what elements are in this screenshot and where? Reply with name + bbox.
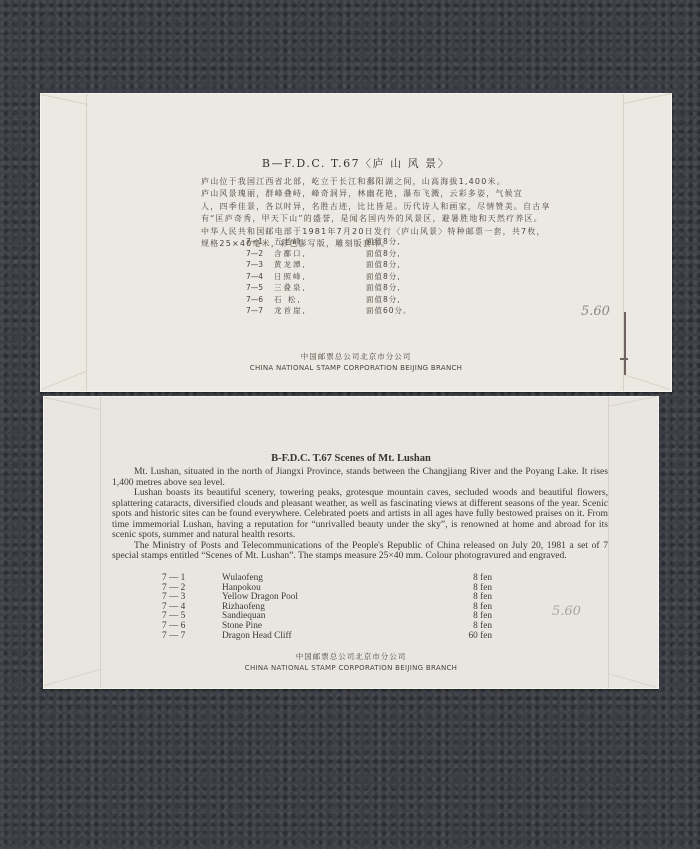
stamp-row: 7—7龙首崖,面值60分。 [246,305,446,317]
stamp-name: 日照峰, [274,271,366,283]
stamp-row: 7—4日照峰,面值8分, [246,271,446,283]
issuer-name-cn: 中国邮票总公司北京市分公司 [41,351,671,362]
flap-crease [41,371,86,390]
description-line: 有“匡庐奇秀，甲天下山”的盛誉，是闻名国内外的风景区，避暑胜地和天然疗养区。 [201,213,569,225]
pencil-mark [624,312,626,375]
flap-crease [624,93,671,104]
stamp-name: 黄龙潭, [274,259,366,271]
stamp-code: 7—2 [246,248,274,260]
description-line: 庐山风景瑰丽，群峰叠峙，峰奇洞异，林幽花艳，瀑布飞溅，云彩多姿，气候宜 [201,188,569,200]
stamp-row: 7—6石 松,面值8分, [246,294,446,306]
stamp-list-en: 7 — 1Wulaofeng8 fen 7 — 2Hanpokou8 fen 7… [162,574,492,641]
stamp-row: 7—2含鄱口,面值8分, [246,248,446,260]
stamp-code: 7—5 [246,282,274,294]
flap-crease [44,397,101,410]
description-paragraph: Lushan boasts its beautiful scenery, tow… [112,488,608,541]
issuer-name-cn: 中国邮票总公司北京市分公司 [44,651,658,662]
stamp-code: 7—3 [246,259,274,271]
description-line: 庐山位于我国江西省北部，屹立于长江和鄱阳湖之间，山高海拔1,400米。 [201,176,569,188]
description-paragraph: The Ministry of Posts and Telecommunicat… [112,541,608,562]
description-line: 人，四季佳景，各以时异，名胜古迹，比比皆是。历代诗人和画家，尽情赞美。自古享 [201,201,569,213]
cover-title-cn: B—F.D.C. T.67〈庐 山 风 景〉 [41,155,671,171]
stamp-value: 面值8分, [366,248,401,260]
stamp-row: 7 — 5Sandiequan8 fen [162,612,492,622]
issuer-name-en: CHINA NATIONAL STAMP CORPORATION BEIJING… [41,364,671,372]
stamp-value: 面值60分。 [366,305,412,317]
left-flap-fold [100,397,101,688]
stamp-code: 7 — 7 [162,632,222,642]
flap-crease [624,374,670,390]
envelope-english: B-F.D.C. T.67 Scenes of Mt. Lushan Mt. L… [43,396,659,689]
stamp-row: 7—5三叠泉,面值8分, [246,282,446,294]
stamp-row: 7—3黄龙潭,面值8分, [246,259,446,271]
stamp-value: 面值8分, [366,271,401,283]
issuer-name-en: CHINA NATIONAL STAMP CORPORATION BEIJING… [44,664,658,672]
stamp-code: 7—4 [246,271,274,283]
stamp-row: 7—1五老峰,面值8分, [246,236,446,248]
stamp-row: 7 — 1Wulaofeng8 fen [162,574,492,584]
stamp-value: 面值8分, [366,236,401,248]
stamp-name: 龙首崖, [274,305,366,317]
description-en: Mt. Lushan, situated in the north of Jia… [112,467,608,562]
stamp-value: 面值8分, [366,282,401,294]
stamp-list-cn: 7—1五老峰,面值8分, 7—2含鄱口,面值8分, 7—3黄龙潭,面值8分, 7… [246,236,446,317]
flap-crease [41,94,88,105]
stamp-name: 三叠泉, [274,282,366,294]
cover-title-en: B-F.D.C. T.67 Scenes of Mt. Lushan [44,453,658,464]
stamp-value: 面值8分, [366,259,401,271]
flap-crease [608,673,656,688]
stamp-name: 含鄱口, [274,248,366,260]
pencil-price-note: 5.60 [581,304,610,319]
stamp-name: Dragon Head Cliff [222,632,452,642]
pencil-mark [620,358,628,360]
envelope-chinese: B—F.D.C. T.67〈庐 山 风 景〉 庐山位于我国江西省北部，屹立于长江… [40,93,672,392]
stamp-code: 7—1 [246,236,274,248]
description-paragraph: Mt. Lushan, situated in the north of Jia… [112,467,608,488]
stamp-row: 7 — 3Yellow Dragon Pool8 fen [162,593,492,603]
stamp-row: 7 — 6Stone Pine8 fen [162,622,492,632]
stamp-code: 7—7 [246,305,274,317]
left-flap-fold [86,94,87,391]
stamp-name: 石 松, [274,294,366,306]
flap-crease [608,396,657,407]
stamp-value: 60 fen [452,632,492,642]
right-flap-fold [608,397,609,688]
stamp-row: 7 — 7Dragon Head Cliff60 fen [162,632,492,642]
stamp-row: 7 — 2Hanpokou8 fen [162,584,492,594]
stamp-name: 五老峰, [274,236,366,248]
stamp-row: 7 — 4Rizhaofeng8 fen [162,603,492,613]
stamp-code: 7—6 [246,294,274,306]
stamp-value: 面值8分, [366,294,401,306]
pencil-price-note: 5.60 [552,604,581,619]
